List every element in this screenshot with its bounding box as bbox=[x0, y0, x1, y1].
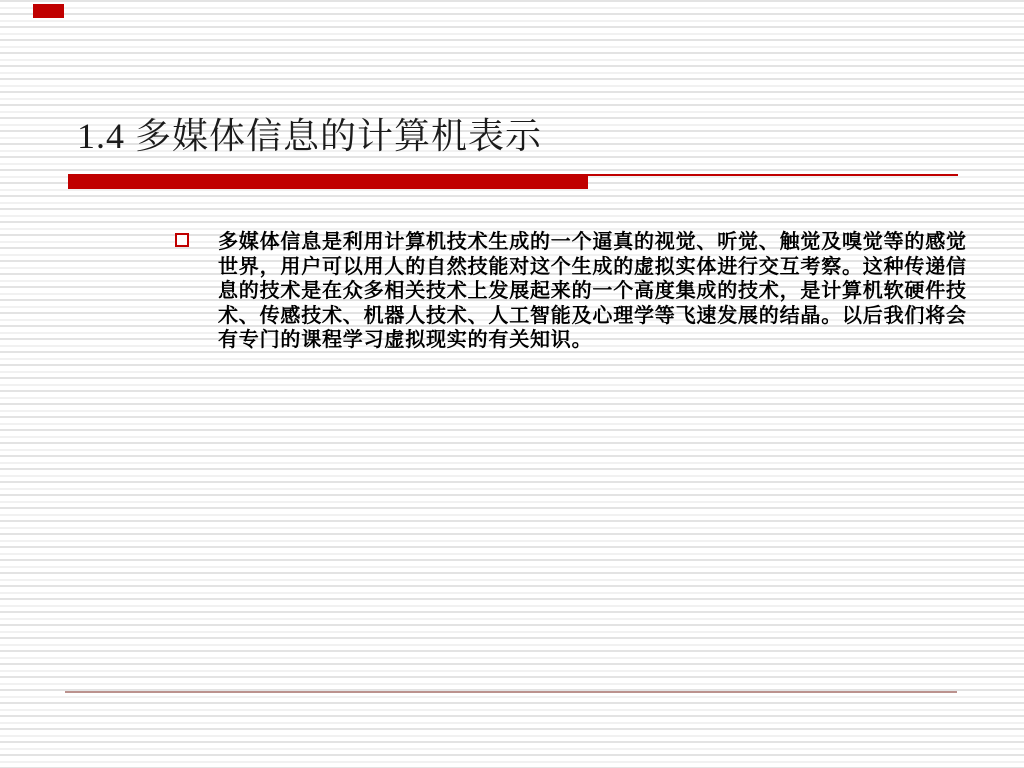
bullet-text-line: 有专门的课程学习虚拟现实的有关知识。 bbox=[218, 328, 978, 353]
bullet-text-line: 多媒体信息是利用计算机技术生成的一个逼真的视觉、听觉、触觉及嗅觉等的感觉 bbox=[218, 230, 978, 255]
slide-title: 1.4 多媒体信息的计算机表示 bbox=[77, 114, 542, 158]
slide-canvas: 1.4 多媒体信息的计算机表示 多媒体信息是利用计算机技术生成的一个逼真的视觉、… bbox=[0, 0, 1024, 768]
footer-divider-line bbox=[65, 691, 957, 693]
top-left-accent-rectangle bbox=[33, 4, 64, 18]
title-underline-thick-bar bbox=[68, 174, 588, 189]
bullet-text-line: 术、传感技术、机器人技术、人工智能及心理学等飞速发展的结晶。以后我们将会 bbox=[218, 304, 978, 329]
bullet-paragraph: 多媒体信息是利用计算机技术生成的一个逼真的视觉、听觉、触觉及嗅觉等的感觉 世界，… bbox=[218, 230, 978, 353]
bullet-square-icon bbox=[175, 233, 189, 247]
bullet-text-line: 息的技术是在众多相关技术上发展起来的一个高度集成的技术，是计算机软硬件技 bbox=[218, 279, 978, 304]
bullet-text-line: 世界，用户可以用人的自然技能对这个生成的虚拟实体进行交互考察。这种传递信 bbox=[218, 255, 978, 280]
